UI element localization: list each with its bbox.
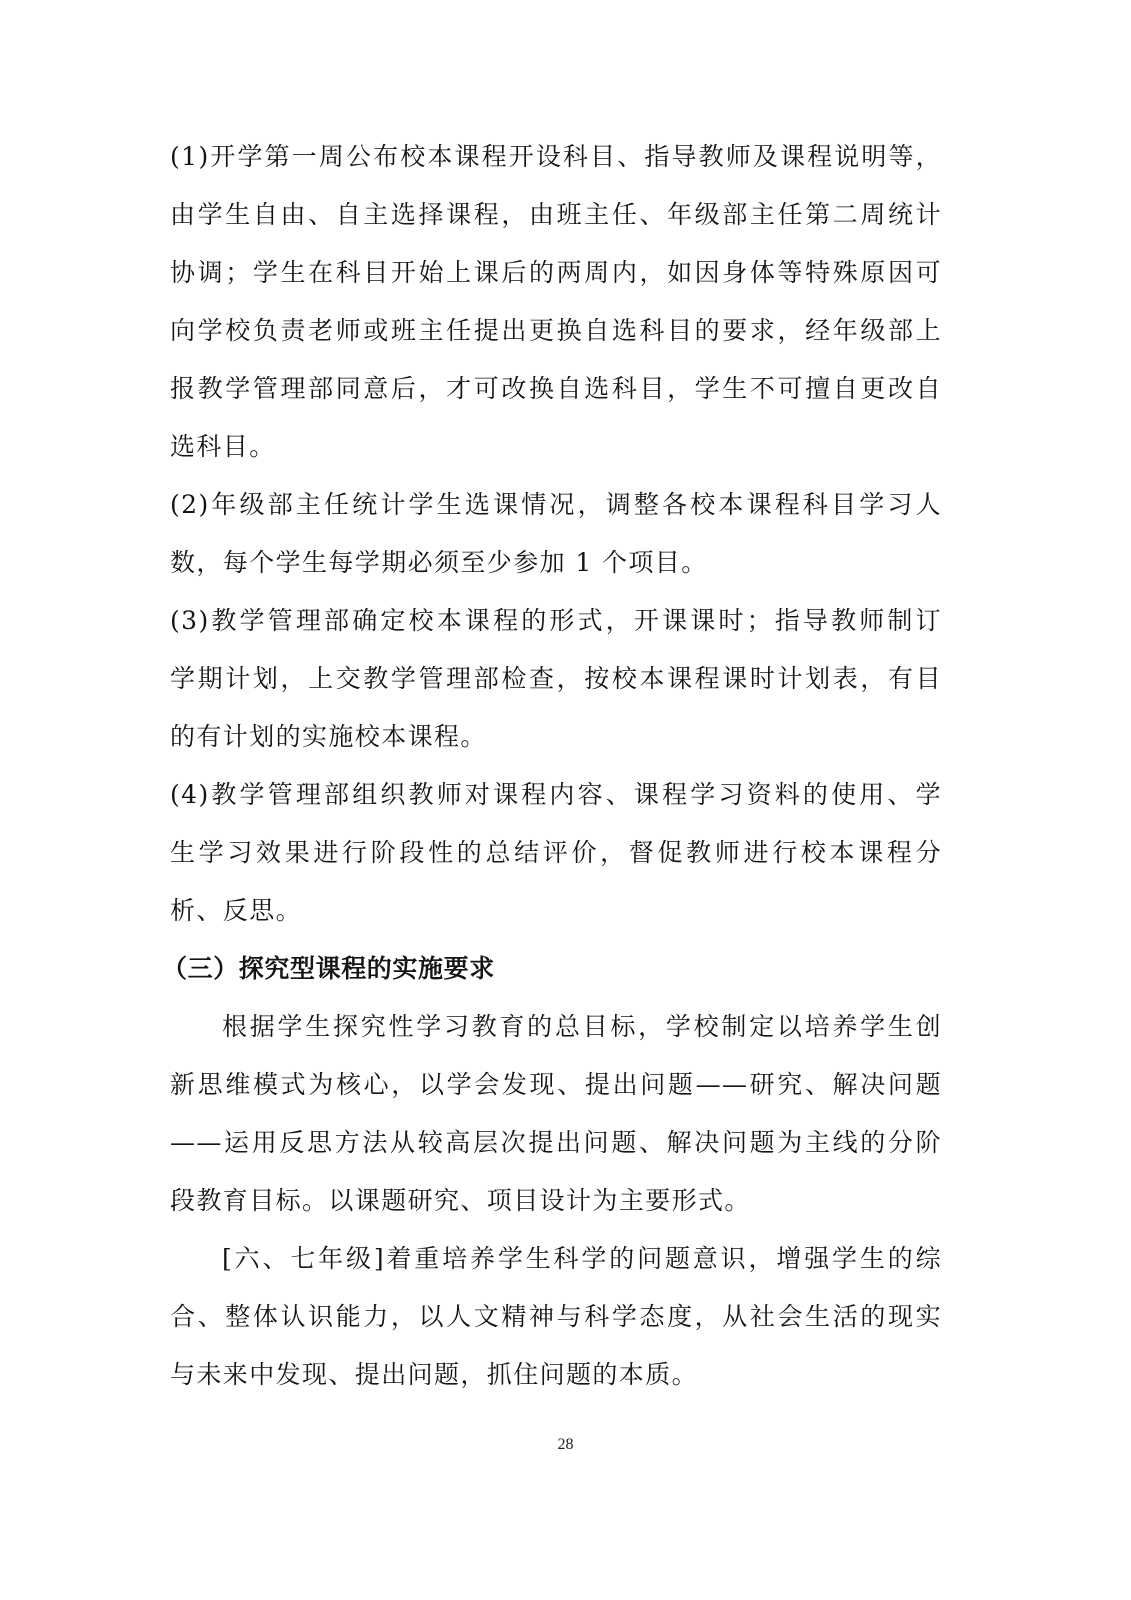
body-text-line: ——运用反思方法从较高层次提出问题、解决问题为主线的分阶 — [170, 1128, 942, 1158]
body-text-line: 合、整体认识能力，以人文精神与科学态度，从社会生活的现实 — [170, 1302, 942, 1332]
paragraph-first-line: 根据学生探究性学习教育的总目标，学校制定以培养学生创 — [222, 1012, 942, 1042]
body-text-line: 的有计划的实施校本课程。 — [170, 722, 487, 752]
body-text-line: 新思维模式为核心，以学会发现、提出问题——研究、解决问题 — [170, 1070, 942, 1100]
body-text-line: (3)教学管理部确定校本课程的形式，开课课时；指导教师制订 — [170, 606, 942, 636]
body-text-line: 协调；学生在科目开始上课后的两周内，如因身体等特殊原因可 — [170, 258, 942, 288]
body-text-line: 学期计划，上交教学管理部检查，按校本课程课时计划表，有目 — [170, 664, 942, 694]
body-text-line: 由学生自由、自主选择课程，由班主任、年级部主任第二周统计 — [170, 200, 942, 230]
section-heading: （三）探究型课程的实施要求 — [162, 954, 495, 984]
body-text-line: 与未来中发现、提出问题，抓住问题的本质。 — [170, 1360, 698, 1390]
document-page: (1)开学第一周公布校本课程开设科目、指导教师及课程说明等，由学生自由、自主选择… — [0, 0, 1131, 1600]
body-text-line: (4)教学管理部组织教师对课程内容、课程学习资料的使用、学 — [170, 780, 942, 810]
body-text-line: (1)开学第一周公布校本课程开设科目、指导教师及课程说明等， — [170, 142, 942, 172]
paragraph-first-line: [六、七年级]着重培养学生科学的问题意识，增强学生的综 — [222, 1244, 942, 1274]
body-text-line: 生学习效果进行阶段性的总结评价，督促教师进行校本课程分 — [170, 838, 942, 868]
body-text-line: 选科目。 — [170, 432, 276, 462]
body-text-line: 向学校负责老师或班主任提出更换自选科目的要求，经年级部上 — [170, 316, 942, 346]
body-text-line: 数，每个学生每学期必须至少参加 1 个项目。 — [170, 548, 708, 578]
page-number: 28 — [0, 1436, 1131, 1454]
body-text-line: 析、反思。 — [170, 896, 302, 926]
body-text-line: 段教育目标。以课题研究、项目设计为主要形式。 — [170, 1186, 751, 1216]
body-text-line: (2)年级部主任统计学生选课情况，调整各校本课程科目学习人 — [170, 490, 942, 520]
body-text-line: 报教学管理部同意后，才可改换自选科目，学生不可擅自更改自 — [170, 374, 942, 404]
